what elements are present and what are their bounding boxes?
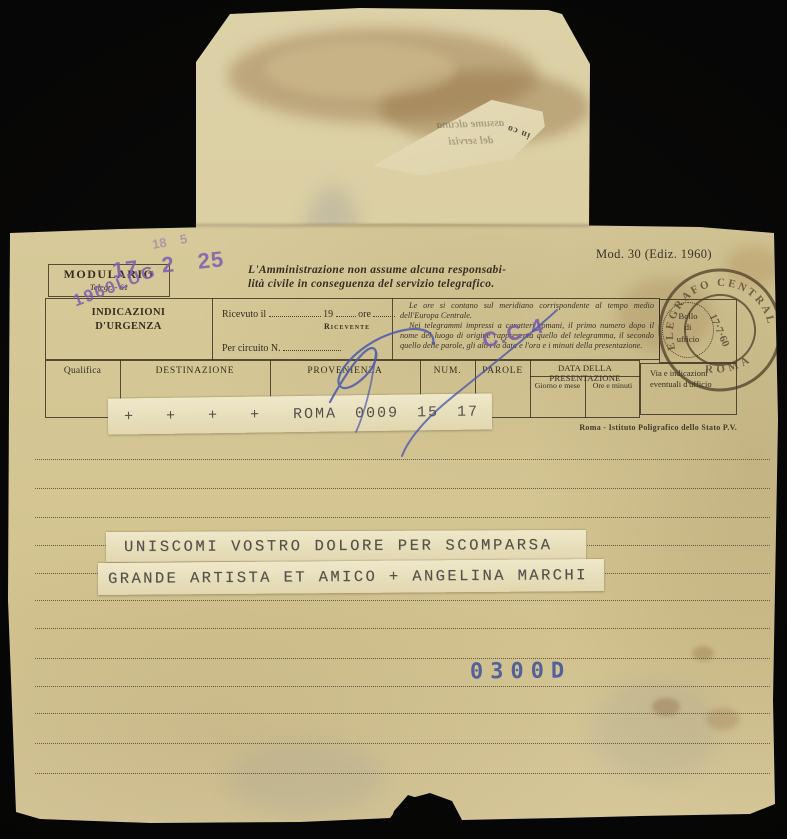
writing-line xyxy=(35,628,770,629)
fill-in-dots xyxy=(269,308,321,317)
writing-line xyxy=(35,600,770,601)
subcol-giorno: Giorno e mese xyxy=(530,381,585,390)
subcol-ore: Ore e minuti xyxy=(585,381,640,390)
writing-line xyxy=(35,488,770,489)
writing-line xyxy=(35,517,770,518)
postmark-date: 17·7·60 xyxy=(707,312,732,349)
writing-line xyxy=(35,459,770,460)
message-tape-line1: UNISCOMI VOSTRO DOLORE PER SCOMPARSA xyxy=(106,530,586,562)
fold-crease xyxy=(194,224,590,228)
receiver-label: Ricevente xyxy=(324,322,370,331)
liability-disclaimer: L'Amministrazione non assume alcuna resp… xyxy=(248,263,584,292)
postmark-top-text: TELEGRAFO CENTRALE xyxy=(638,248,778,356)
writing-line xyxy=(35,773,770,774)
message-tape-line2: GRANDE ARTISTA ET AMICO + ANGELINA MARCH… xyxy=(98,559,604,595)
col-header-provenienza: PROVENIENZA xyxy=(270,366,420,376)
glue-stain-light xyxy=(265,42,455,97)
writing-line xyxy=(35,743,770,744)
col-header-data: DATA DELLA PRESENTAZIONE xyxy=(530,363,640,383)
telegram-scan: in co assume alcuna del servizi MODULARI… xyxy=(0,0,787,839)
writing-line xyxy=(35,686,770,687)
bleedthrough-text: assume alcuna del servizi xyxy=(387,113,553,152)
ink-smudge xyxy=(228,742,383,814)
ink-smudge xyxy=(590,680,720,780)
postmark-bottom-text: ROMA xyxy=(702,352,756,381)
received-cell: Ricevuto il 19 ore Ricevente Per circuit… xyxy=(212,298,392,360)
col-header-destinazione: DESTINAZIONE xyxy=(120,366,270,376)
writing-line xyxy=(35,658,770,659)
col-header-parole: PAROLE xyxy=(475,366,530,376)
fill-in-dots xyxy=(336,308,356,317)
routing-tape-strip: + + + + ROMA 0009 15 17 0030 +- xyxy=(108,393,492,434)
col-header-qualifica: Qualifica xyxy=(45,366,120,376)
tariff-number: 0300D xyxy=(470,659,571,685)
printer-credit: Roma - Istituto Poligrafico dello Stato … xyxy=(470,423,737,432)
plus-marks: + + + + xyxy=(108,406,271,425)
received-line: Ricevuto il 19 ore xyxy=(222,308,395,320)
writing-line xyxy=(35,713,770,714)
circuit-line: Per circuito N. xyxy=(222,342,341,354)
routing-text: ROMA 0009 15 17 0030 +- xyxy=(271,402,492,423)
date-stamp-faint: 18 5 xyxy=(151,231,188,252)
col-header-num: NUM. xyxy=(420,366,475,376)
fill-in-dots xyxy=(283,342,341,351)
urgency-cell: INDICAZIONI D'URGENZA xyxy=(45,298,212,360)
